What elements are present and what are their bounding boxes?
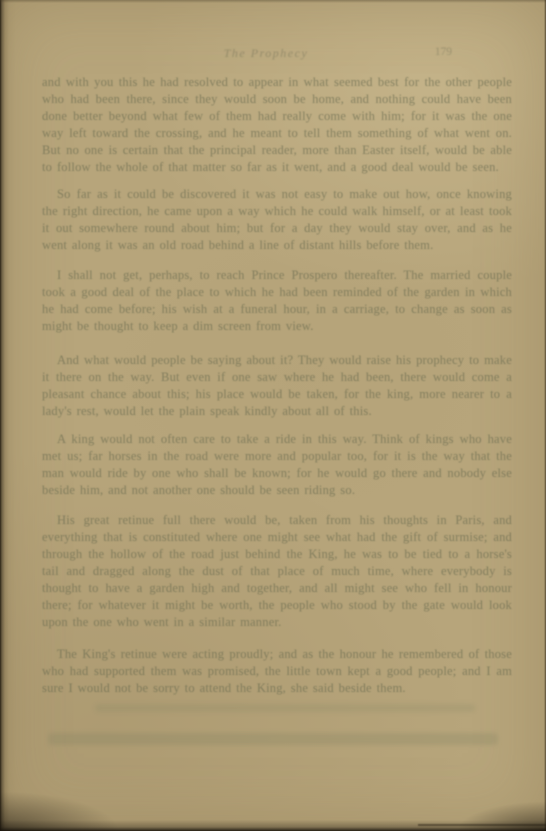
page-edge-line (418, 824, 546, 826)
paragraph: So far as it could be discovered it was … (42, 186, 512, 265)
page-header: The Prophecy 179 (42, 46, 512, 64)
paragraph: The King's retinue were acting proudly; … (42, 646, 512, 706)
page-number: 179 (435, 46, 452, 58)
bleed-through-smudge (95, 704, 475, 712)
running-title: The Prophecy (224, 46, 309, 61)
left-gutter-shadow (0, 0, 16, 831)
paragraph: A king would not often care to take a ri… (42, 431, 512, 510)
paragraph: I shall not get, perhaps, to reach Princ… (42, 267, 512, 347)
paragraph: His great retinue full there would be, t… (42, 512, 512, 642)
book-page-photo: The Prophecy 179 and with you this he ha… (0, 0, 546, 831)
paragraph: And what would people be saying about it… (42, 352, 512, 425)
bleed-through-smudge (48, 733, 498, 745)
paragraph: and with you this he had resolved to app… (42, 74, 512, 179)
